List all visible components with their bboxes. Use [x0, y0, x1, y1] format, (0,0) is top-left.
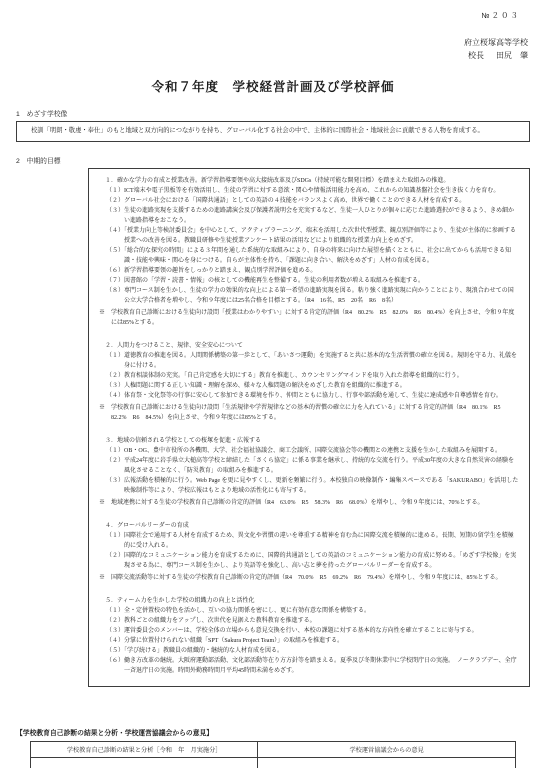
- goal-item: （４）分掌に位置付けられない組織「SPT（Sakura Project Team…: [106, 636, 519, 646]
- doc-number: №２０３: [16, 10, 530, 21]
- goal-group: ４．グローバルリーダーの育成（１）国際社会で通用する人材を育成するため、異文化や…: [99, 521, 519, 583]
- diagnosis-col2-header: 学校運営協議会からの意見: [258, 742, 516, 758]
- goal-group: ５．ティーム力を生かした学校の組織力の向上と活性化（１）全・定併置校の特色を活か…: [99, 596, 519, 676]
- goal-group: ３．地域の信頼される学校としての桜塚を促進・広報する（１）OB・OG、豊中市役所…: [99, 436, 519, 508]
- principal-label: 校長: [468, 51, 484, 60]
- goal-note: ※ 国際交流活動等に対する生徒の学校教育自己診断の肯定的評価（R4 70.0% …: [99, 573, 519, 583]
- goal-item: （２）教科ごとの組織力をアップし、次世代を見据えた教科教育を推進する。: [106, 616, 519, 626]
- goal-item: （１）国際社会で通用する人材を育成するため、異文化や習慣の違いを尊重する精神を育…: [106, 531, 519, 551]
- goal-group-title: ２．人間力をつけること、規律、安全安心について: [99, 341, 519, 351]
- midterm-goals-box: １．確かな学力の育成と授業改善。新学習指導要領や高大接続改革及びSDGs（持続可…: [88, 168, 530, 687]
- goal-group-title: ４．グローバルリーダーの育成: [99, 521, 519, 531]
- vision-text: 校訓「明朗・敬虔・奉仕」のもと地域と双方向的につながりを持ち、グローバル化する社…: [24, 126, 522, 136]
- goal-item: （１）道徳教育の推進を図る。人間関係構築の第一歩として、「あいさつ運動」を実施す…: [106, 351, 519, 371]
- diagnosis-table: 学校教育自己診断の結果と分析［令和 年 月実施分］ 学校運営協議会からの意見: [30, 741, 516, 768]
- goal-item: （５）「学び続ける」教職員の組織的・継続的な人材育成を図る。: [106, 646, 519, 656]
- goal-item: （３）広報活動を積極的に行う。Web Page を更に見やすくし、更新を頻繁に行…: [106, 476, 519, 496]
- section2-heading: 2 中期的目標: [16, 155, 530, 165]
- goal-item: （４）「授業力向上等検討委員会」を中心として、アクティブラーニング、端末を活用し…: [106, 226, 519, 246]
- goal-note: ※ 学校教育自己診断における生徒向け設問「授業はわかりやすい」に対する肯定的評価…: [99, 308, 519, 328]
- goal-item: （２）平成24年度に岩手県立大槌高等学校と締結した「さくら協定」に係る事業を継承…: [106, 456, 519, 476]
- goal-item: （２）国際的なコミュニケーション能力を育成するために、国際的共通語としての英語の…: [106, 551, 519, 571]
- goal-item: （６）新学習指導要領の趣旨をしっかりと踏まえ、観点別学習評価を進める。: [106, 266, 519, 276]
- diagnosis-empty-row: [31, 758, 516, 768]
- goal-note: ※ 学校教育自己診断における生徒向け設問「生活規律や学習規律などの基本的習慣の確…: [99, 403, 519, 423]
- diagnosis-col2-cell: [258, 758, 516, 768]
- goal-group-title: ３．地域の信頼される学校としての桜塚を促進・広報する: [99, 436, 519, 446]
- principal-name: 田尻 肇: [496, 51, 528, 60]
- goal-item: （３）運営委員会のメンバーは、学校全体の立場からも意見交換を行い、本校の課題に対…: [106, 626, 519, 636]
- goal-item: （３）生徒の進路実現を支援するための進路講演会及び保護者説明会を充実するなど、生…: [106, 206, 519, 226]
- school-name: 府立桜塚高等学校: [16, 37, 528, 50]
- goal-item: （１）OB・OG、豊中市役所の各機関、大学、社会福祉協議会、商工会議所、国際交流…: [106, 446, 519, 456]
- goal-item: （３）人権問題に関する正しい知識・理解を深め、様々な人権問題の解決をめざした教育…: [106, 381, 519, 391]
- goal-item: （２）グローバル社会における「国際共通語」としての英語の４技能をバランスよく高め…: [106, 196, 519, 206]
- goal-note: ※ 地域連携に対する生徒の学校教育自己診断の肯定的評価（R4 63.0% R5 …: [99, 498, 519, 508]
- header-right-block: 府立桜塚高等学校 校長田尻 肇: [16, 37, 530, 62]
- document-page: №２０３ 府立桜塚高等学校 校長田尻 肇 令和７年度 学校経営計画及び学校評価 …: [0, 0, 543, 768]
- goal-item: （２）教育相談体制の充実。「自己肯定感を大切にする」教育を推進し、カウンセリング…: [106, 371, 519, 381]
- goal-item: （１）全・定併置校の特色を活かし、互いの協力関係を密にし、更に有効有意な関係を構…: [106, 606, 519, 616]
- goal-item: （５）「総合的な探究の時間」による３年間を通した系統的な取組みにより、自身の将来…: [106, 246, 519, 266]
- diagnosis-col1-header: 学校教育自己診断の結果と分析［令和 年 月実施分］: [31, 742, 258, 758]
- bottom-section-heading: 【学校教育自己診断の結果と分析・学校運営協議会からの意見】: [16, 727, 530, 737]
- diagnosis-table-header-row: 学校教育自己診断の結果と分析［令和 年 月実施分］ 学校運営協議会からの意見: [31, 742, 516, 758]
- goal-group-title: １．確かな学力の育成と授業改善。新学習指導要領や高大接続改革及びSDGs（持続可…: [99, 176, 519, 186]
- principal-line: 校長田尻 肇: [16, 50, 528, 63]
- goal-item: （７）図書館の「学習・読書・情報」の核としての機能再生を整備する。生徒の利用者数…: [106, 276, 519, 286]
- page-title: 令和７年度 学校経営計画及び学校評価: [16, 77, 530, 95]
- goal-group-title: ５．ティーム力を生かした学校の組織力の向上と活性化: [99, 596, 519, 606]
- diagnosis-col1-cell: [31, 758, 258, 768]
- goal-group: １．確かな学力の育成と授業改善。新学習指導要領や高大接続改革及びSDGs（持続可…: [99, 176, 519, 328]
- goal-item: （１）ICT端末や電子黒板等を有効活用し、生徒の学習に対する意欲・関心や情報活用…: [106, 186, 519, 196]
- goal-item: （８）専門コース制を生かし、生徒の学力の効果的な向上による第一希望の進路実現を図…: [106, 286, 519, 306]
- goal-group: ２．人間力をつけること、規律、安全安心について（１）道徳教育の推進を図る。人間関…: [99, 341, 519, 423]
- section1-heading: 1 めざす学校像: [16, 108, 530, 118]
- goal-item: （４）体育祭・文化祭等の行事に安心して参加できる環境を作り、仲間とともに協力し、…: [106, 391, 519, 401]
- vision-box: 校訓「明朗・敬虔・奉仕」のもと地域と双方向的につながりを持ち、グローバル化する社…: [16, 121, 530, 142]
- goal-item: （６）働き方改革の継続。大阪府運動部活動、文化部活動等在り方方針等を踏まえる。夏…: [106, 656, 519, 676]
